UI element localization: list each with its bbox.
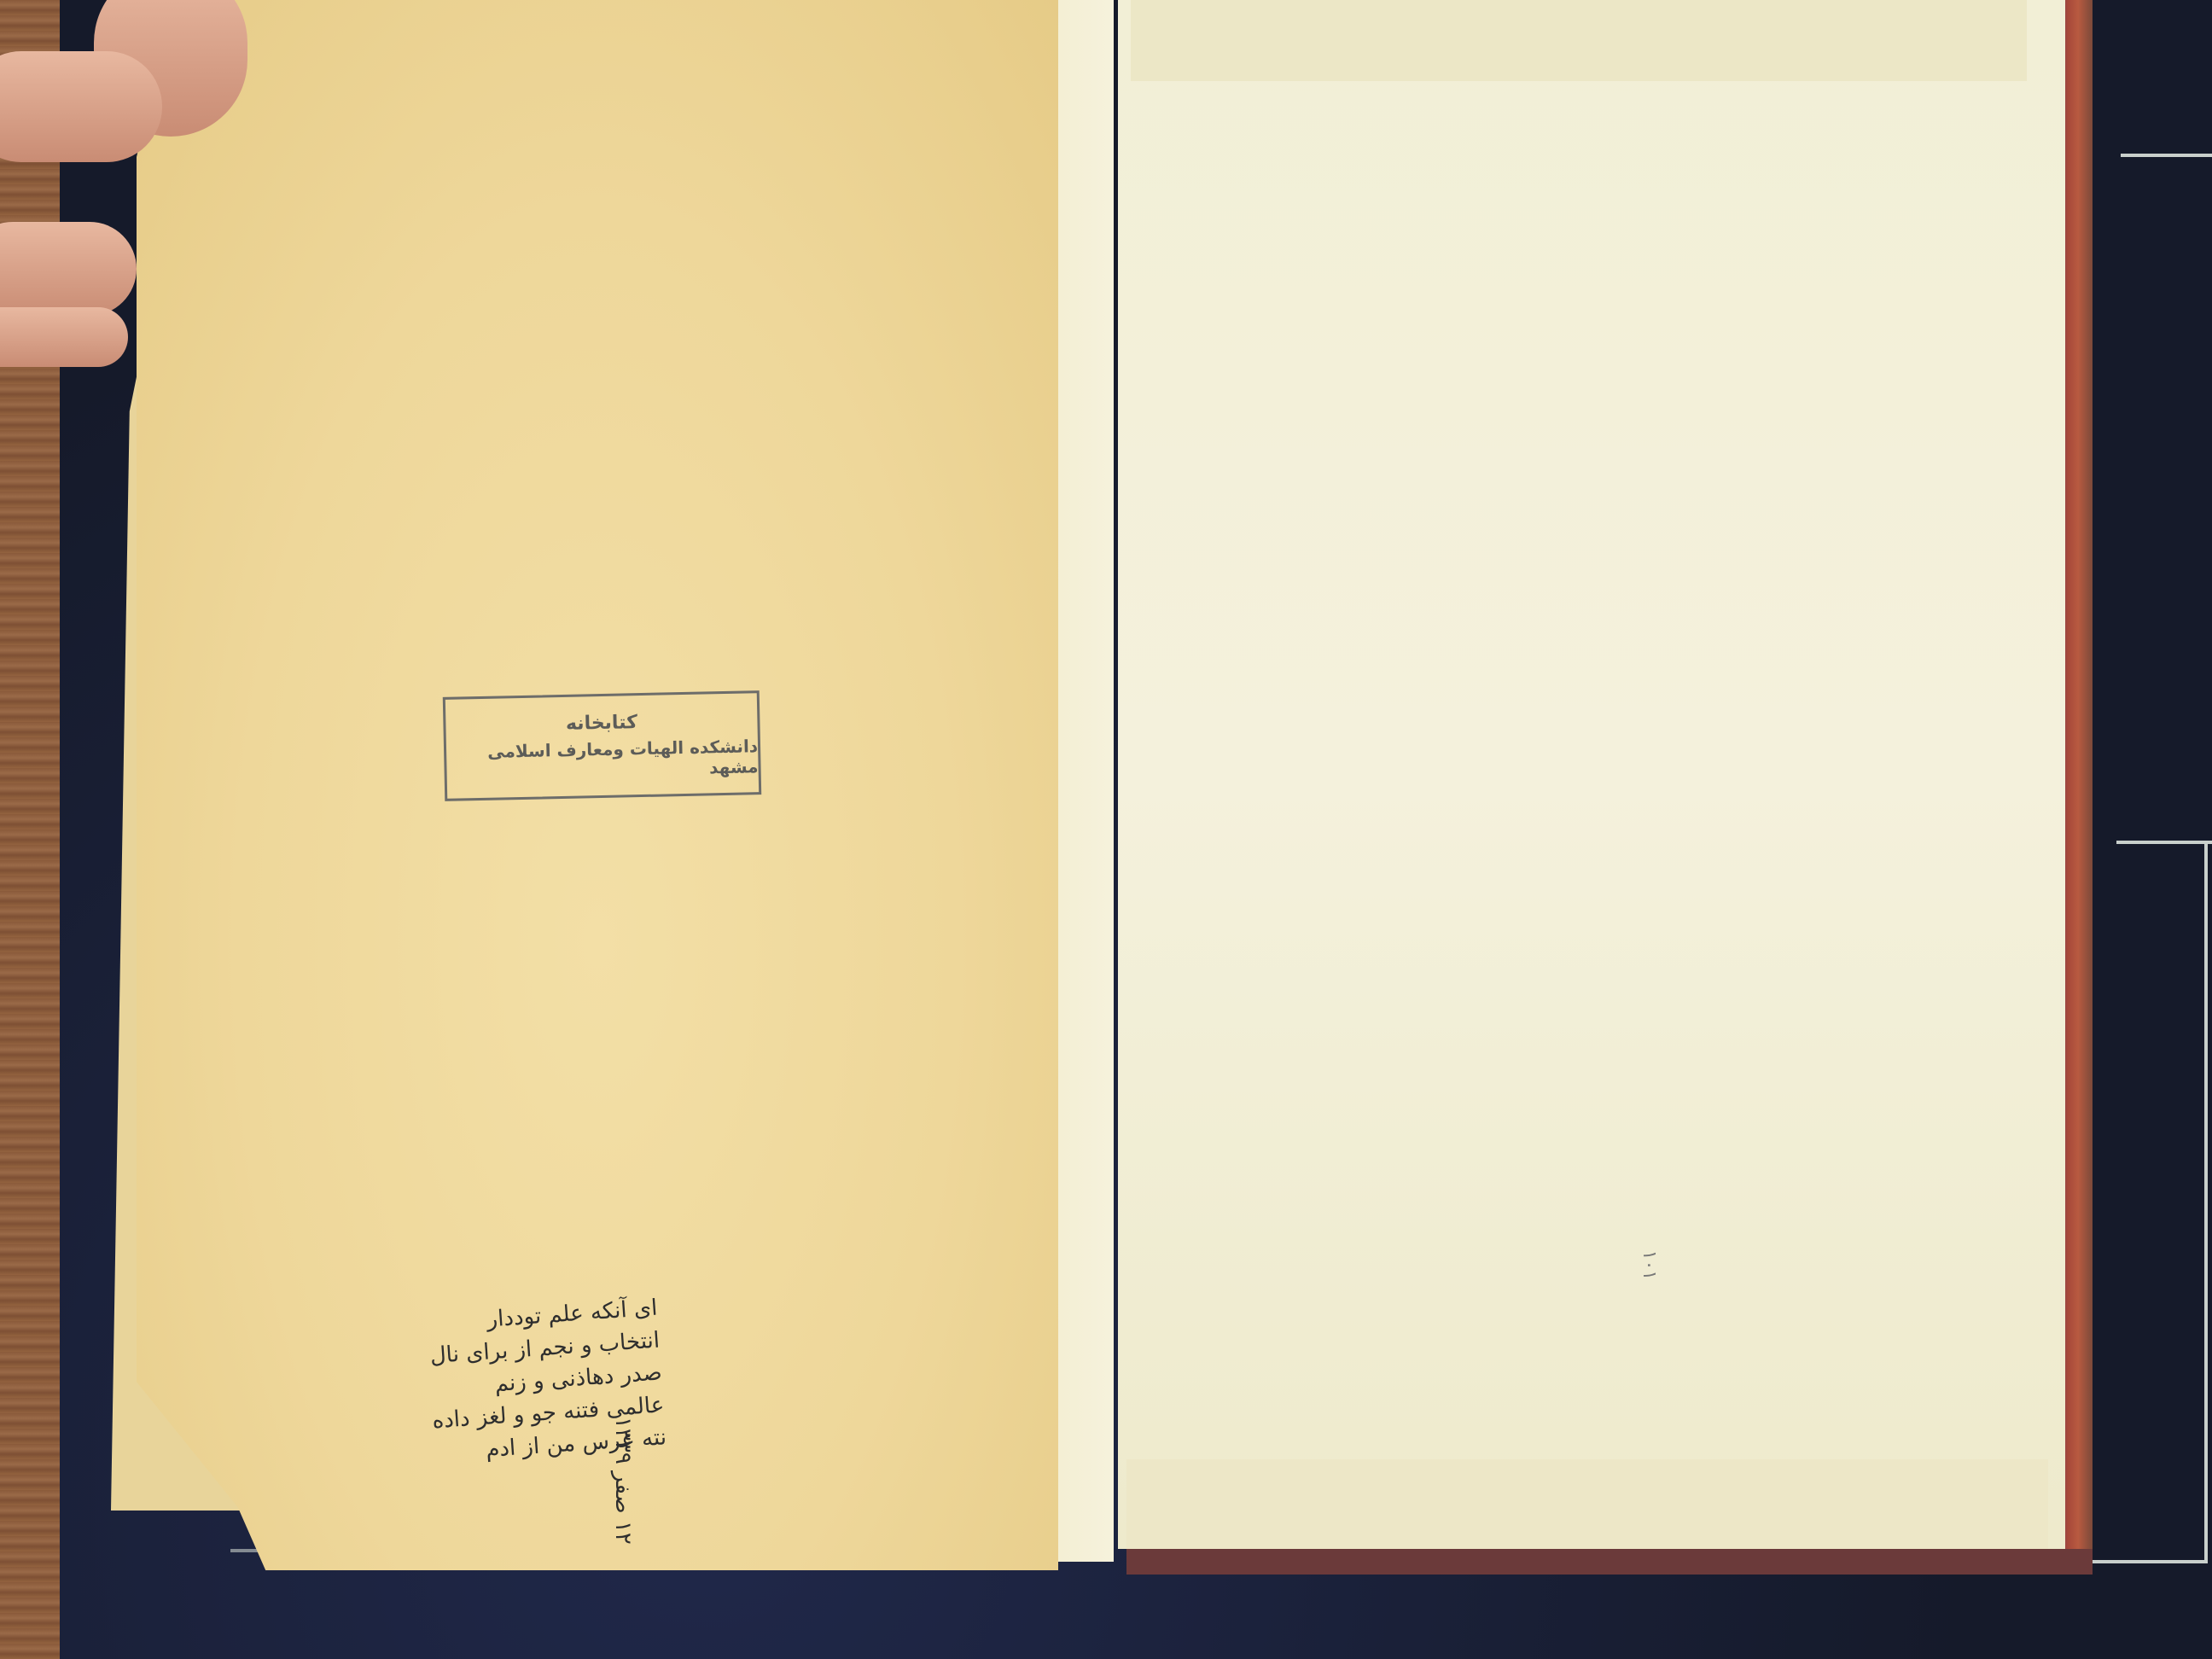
finger — [0, 51, 162, 162]
finger — [0, 307, 128, 367]
mat-guide-line — [2082, 1560, 2208, 1563]
library-stamp: کتابخانه دانشکده الهیات ومعارف اسلامی مش… — [443, 690, 761, 801]
hand-holding-page — [0, 0, 256, 358]
stamp-institution: دانشکده الهیات ومعارف اسلامی مشهد — [446, 736, 759, 783]
mat-guide-line — [2121, 154, 2212, 157]
right-page-top-strip — [1131, 0, 2027, 81]
finger — [0, 222, 137, 316]
book-cover-bottom-edge — [1126, 1549, 2093, 1575]
pencil-page-mark: ۱۰۱ — [1639, 1250, 1660, 1280]
stamp-title: کتابخانه — [566, 712, 638, 735]
handwritten-date: ۱۲ صفر ۱۳۳۹ — [610, 1417, 636, 1545]
mat-guide-line — [2116, 841, 2212, 844]
mat-guide-line — [2204, 841, 2208, 1562]
right-page-bottom-strip — [1126, 1459, 2048, 1549]
right-page — [1118, 0, 2065, 1549]
